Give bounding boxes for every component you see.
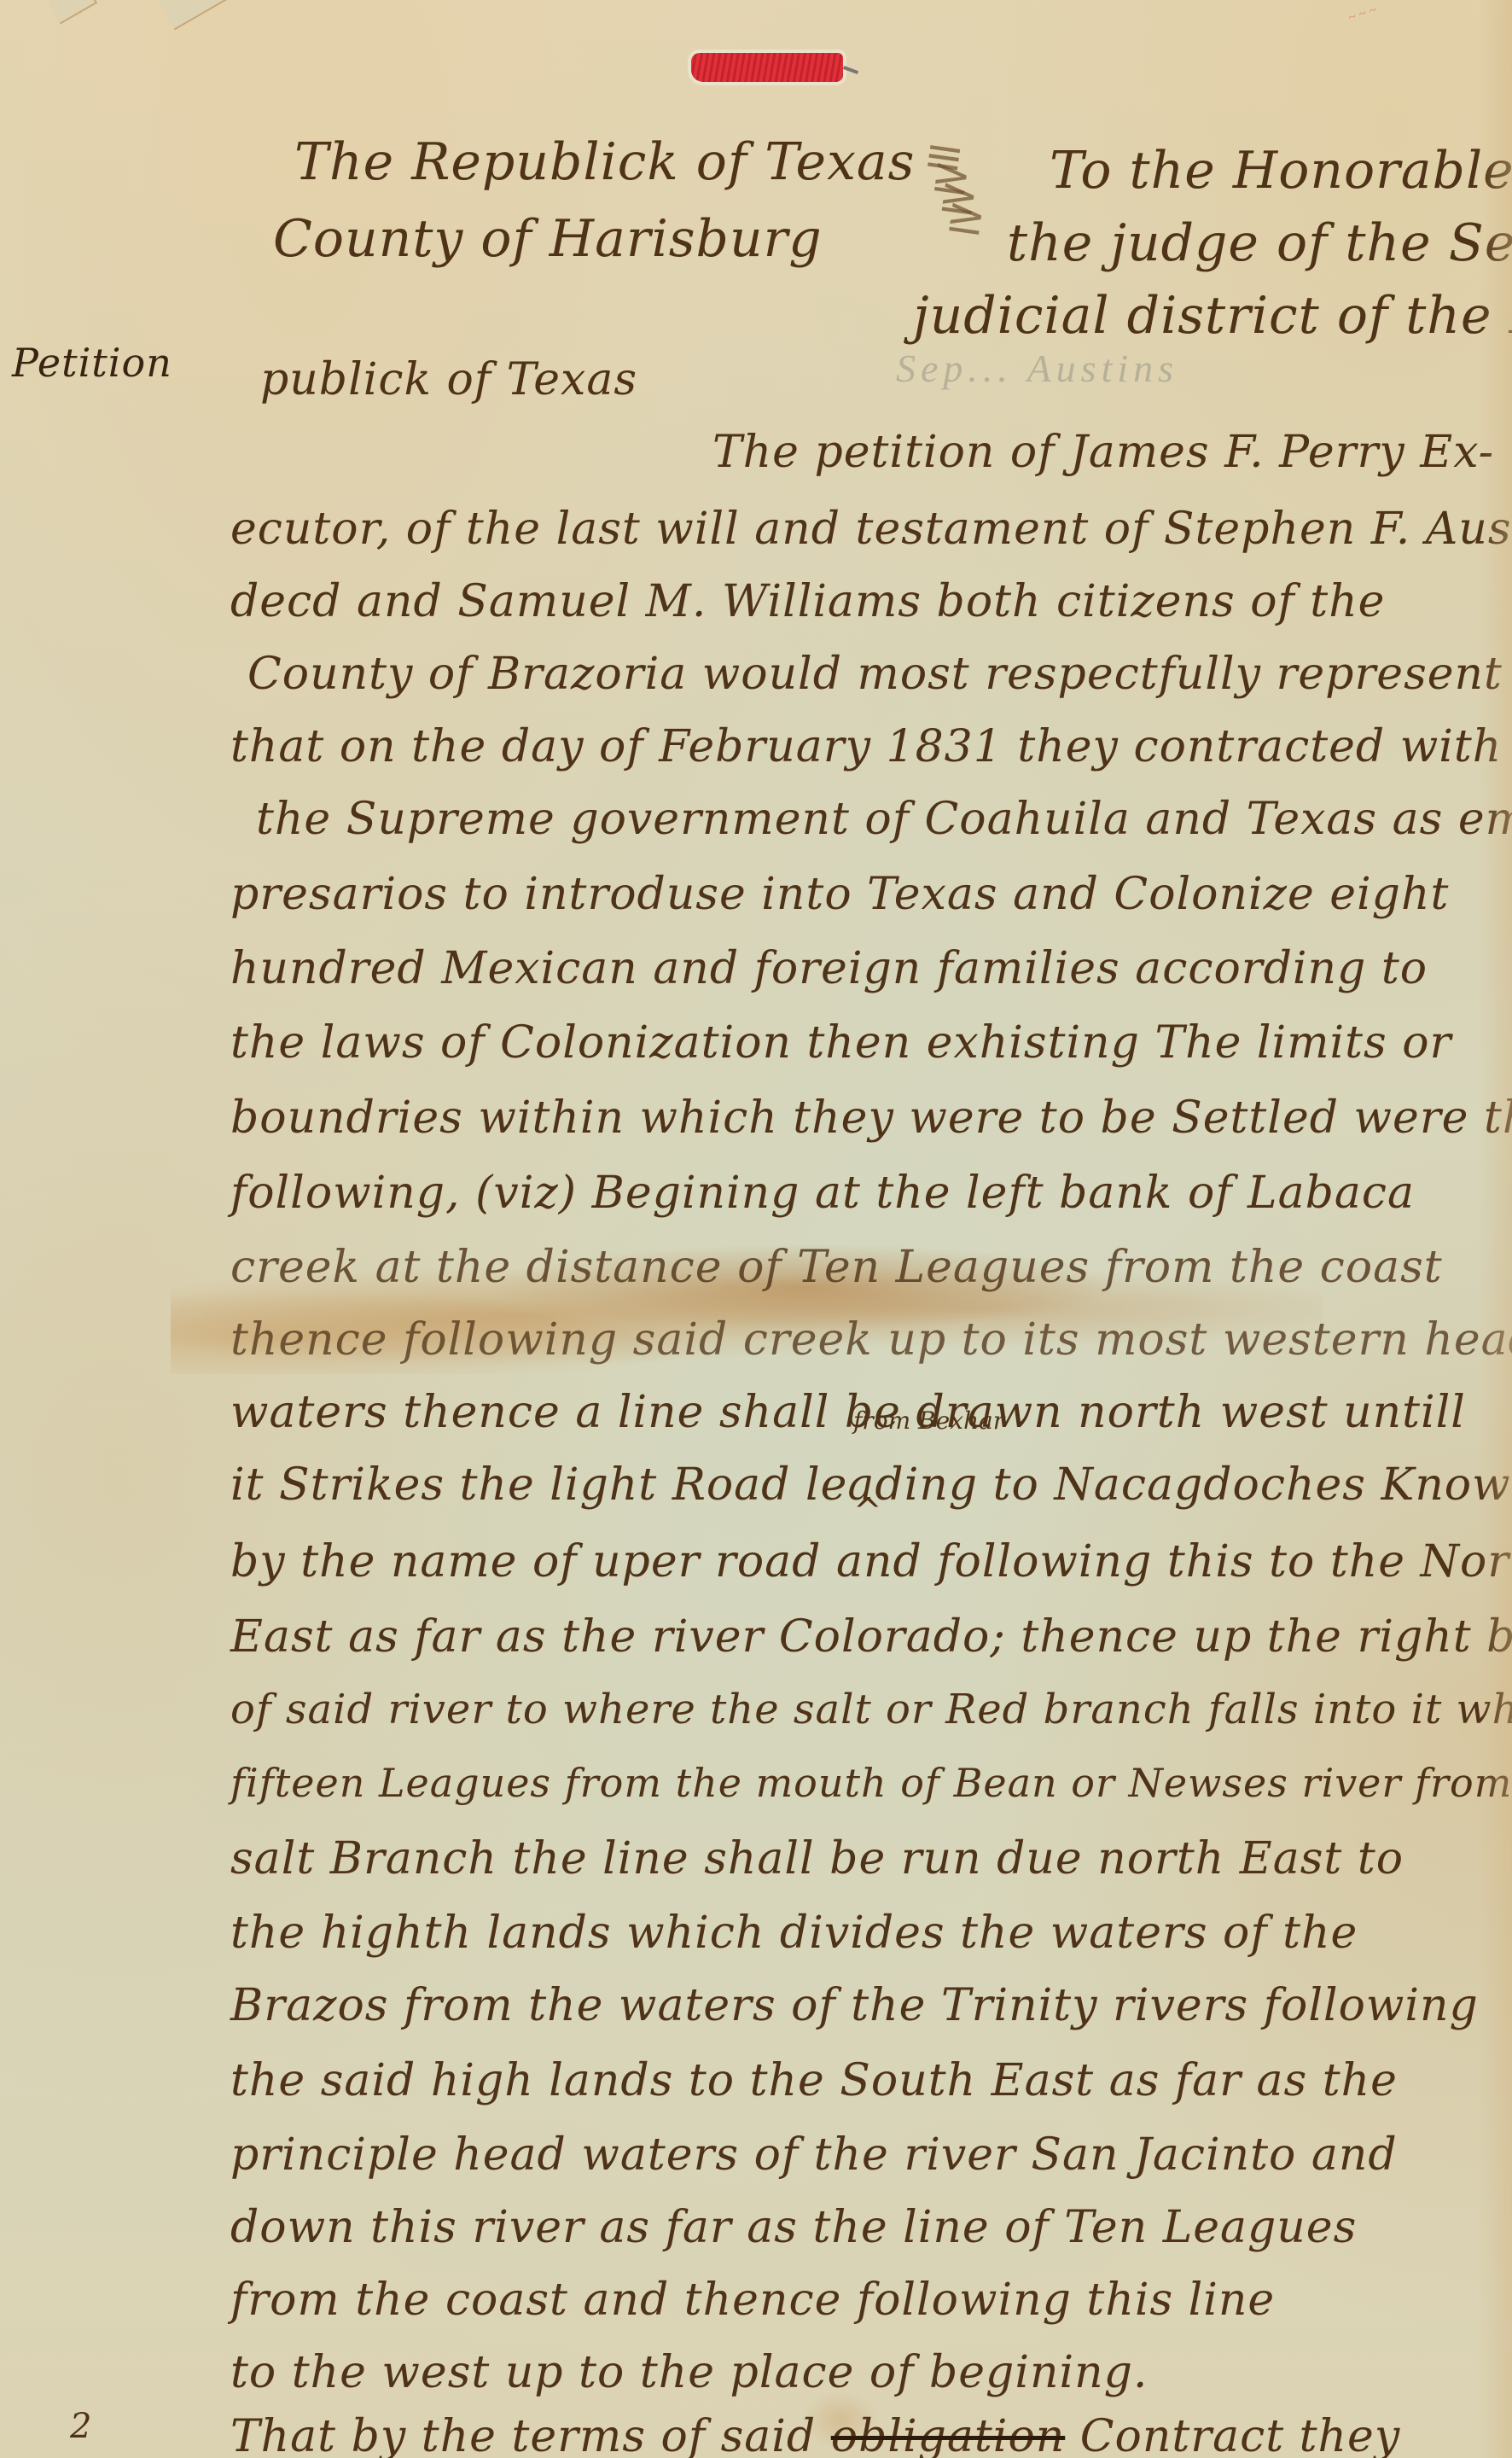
- body-line: the highth lands which divides the water…: [230, 1908, 1358, 1959]
- body-line: by the name of uper road and following t…: [230, 1536, 1512, 1587]
- body-line: publick of Texas: [260, 354, 637, 405]
- heading-county: County of Harisburg: [273, 209, 823, 269]
- body-line: principle head waters of the river San J…: [230, 2129, 1398, 2181]
- body-line: from the coast and thence following this…: [230, 2275, 1275, 2326]
- paper-edge-shading: [1478, 0, 1512, 2458]
- pencil-annotation: Sep... Austins: [896, 346, 1178, 391]
- heading-judge: the judge of the Second: [1007, 213, 1512, 273]
- struck-word: obligation: [831, 2411, 1065, 2458]
- red-stamp-mark: ~ ~ ~: [1347, 4, 1379, 25]
- body-line: salt Branch the line shall be run due no…: [230, 1833, 1404, 1884]
- body-line: presarios to introduse into Texas and Co…: [230, 869, 1449, 920]
- body-line: waters thence a line shall be drawn nort…: [230, 1387, 1466, 1438]
- interlinear-insertion: from Bexhar: [853, 1407, 1004, 1435]
- red-ribbon-seal: [691, 53, 843, 82]
- body-line: decd and Samuel M. Williams both citizen…: [230, 576, 1385, 627]
- ribbon-thread: [843, 66, 858, 74]
- body-line: the laws of Colonization then exhisting …: [230, 1017, 1451, 1069]
- body-line: boundries within which they were to be S…: [230, 1092, 1512, 1144]
- body-line: ecutor, of the last will and testament o…: [230, 504, 1512, 555]
- body-line: to the west up to the place of begining.: [230, 2347, 1148, 2398]
- heading-to-honorable: To the Honorable: [1050, 141, 1512, 201]
- page-number: 2: [70, 2407, 91, 2446]
- insertion-caret-icon: ^: [853, 1492, 882, 1531]
- heading-republic: The Republick of Texas: [294, 132, 915, 192]
- body-line: of said river to where the salt or Red b…: [230, 1686, 1512, 1733]
- bracket-flourish-icon: ≡ ≥ ≥ ≥: [915, 145, 990, 229]
- body-line: thence following said creek up to its mo…: [230, 1314, 1512, 1366]
- last-line-before: That by the terms of said: [230, 2411, 831, 2458]
- body-line: The petition of James F. Perry Ex-: [712, 427, 1494, 478]
- body-line: the said high lands to the South East as…: [230, 2055, 1398, 2106]
- body-line: East as far as the river Colorado; thenc…: [230, 1611, 1512, 1663]
- body-line: following, (viz) Begining at the left ba…: [230, 1168, 1415, 1219]
- margin-note-petition: Petition: [12, 340, 172, 386]
- body-line: hundred Mexican and foreign families acc…: [230, 943, 1428, 994]
- body-line: the Supreme government of Coahuila and T…: [256, 794, 1512, 845]
- torn-paper-fragment: [48, 0, 97, 24]
- manuscript-page: ~ ~ ~ The Republick of Texas County of H…: [0, 0, 1512, 2458]
- torn-paper-fragment: [158, 0, 228, 30]
- body-line: County of Brazoria would most respectful…: [247, 649, 1503, 700]
- last-line-after: Contract they: [1065, 2411, 1400, 2458]
- heading-district: judicial district of the Re-: [913, 286, 1512, 346]
- body-line-last: That by the terms of said obligation Con…: [230, 2411, 1400, 2458]
- body-line: Brazos from the waters of the Trinity ri…: [230, 1980, 1479, 2031]
- body-line: that on the day of February 1831 they co…: [230, 721, 1502, 772]
- body-line: fifteen Leagues from the mouth of Bean o…: [230, 1760, 1512, 1806]
- body-line: creek at the distance of Ten Leagues fro…: [230, 1242, 1443, 1293]
- body-line: down this river as far as the line of Te…: [230, 2202, 1357, 2253]
